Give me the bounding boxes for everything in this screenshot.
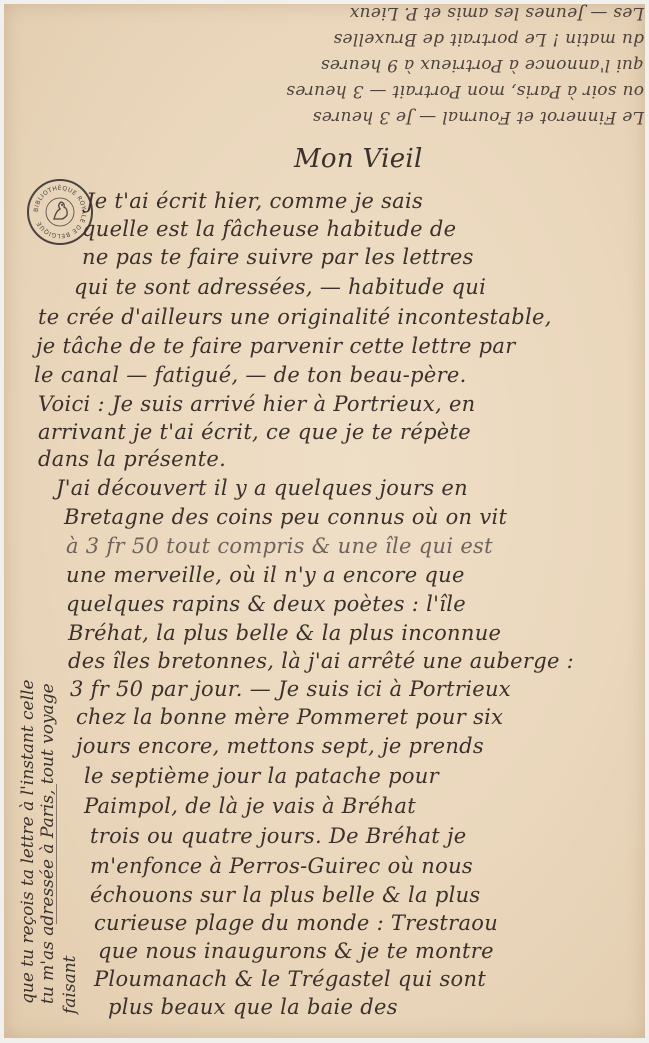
postscript-line: Le Finnerot et Fournal — Je 3 heures: [44, 104, 644, 130]
letter-line: le canal — fatigué, — de ton beau-père.: [34, 363, 467, 387]
letter-line: curieuse plage du monde : Trestraou: [94, 911, 498, 935]
upside-down-postscript: Le Finnerot et Fournal — Je 3 heures ou …: [44, 10, 644, 130]
letter-line: te crée d'ailleurs une originalité incon…: [38, 305, 552, 329]
letter-line: à 3 fr 50 tout compris & une île qui est: [66, 534, 493, 558]
letter-line: jours encore, mettons sept, je prends: [76, 734, 484, 758]
svg-text:BIBLIOTHÈQUE ROYALE DE BELGIQU: BIBLIOTHÈQUE ROYALE DE BELGIQUE: [33, 184, 87, 239]
letter-line: quelques rapins & deux poètes : l'île: [66, 592, 466, 616]
letter-line: quelle est la fâcheuse habitude de: [82, 217, 456, 241]
letter-line: Paimpol, de là je vais à Bréhat: [84, 794, 416, 818]
letter-line: je tâche de te faire parvenir cette lett…: [36, 334, 516, 358]
letter-line: plus beaux que la baie des: [108, 995, 398, 1019]
salutation: Mon Vieil: [294, 144, 423, 174]
letter-line: Ploumanach & le Trégastel qui sont: [94, 967, 486, 991]
letter-line: arrivant je t'ai écrit, ce que je te rép…: [38, 420, 471, 444]
letter-line: trois ou quatre jours. De Bréhat je: [90, 824, 466, 848]
letter-line: le septième jour la patache pour: [84, 764, 439, 788]
letter-line: chez la bonne mère Pommeret pour six: [76, 705, 503, 729]
letter-line: ne pas te faire suivre par les lettres: [82, 245, 474, 269]
letter-line: échouons sur la plus belle & la plus: [90, 883, 481, 907]
postscript-line: Les — Jeunes les amis et P. Lieux: [44, 0, 644, 26]
letter-line: m'enfonce à Perros-Guirec où nous: [90, 854, 473, 878]
letter-line: des îles bretonnes, là j'ai arrêté une a…: [68, 649, 574, 673]
margin-note-line: que tu reçois ta lettre à l'instant cell…: [18, 679, 38, 1004]
postscript-line: ou soir à Paris, mon Portrait — 3 heures: [44, 78, 644, 104]
letter-line: Voici : Je suis arrivé hier à Portrieux,…: [38, 392, 476, 416]
margin-note-line: tu m'as adressée à Paris, tout voyage: [38, 683, 58, 1004]
letter-line: dans la présente.: [38, 447, 226, 471]
postscript-line: qui l'annonce à Portrieux à 9 heures: [44, 52, 644, 78]
margin-note-line: faisant: [60, 955, 80, 1014]
letter-page: Le Finnerot et Fournal — Je 3 heures ou …: [4, 4, 645, 1038]
postscript-line: du matin ! Le portrait de Bruxelles: [44, 26, 644, 52]
letter-line: Bréhat, la plus belle & la plus inconnue: [68, 621, 501, 645]
letter-line: Je t'ai écrit hier, comme je sais: [86, 189, 423, 213]
letter-line: 3 fr 50 par jour. — Je suis ici à Portri…: [70, 677, 511, 701]
letter-line: une merveille, où il n'y a encore que: [66, 563, 465, 587]
letter-line: Bretagne des coins peu connus où on vit: [64, 505, 507, 529]
letter-line: que nous inaugurons & je te montre: [98, 939, 494, 963]
letter-line: qui te sont adressées, — habitude qui: [74, 275, 486, 299]
letter-line: J'ai découvert il y a quelques jours en: [56, 476, 468, 500]
